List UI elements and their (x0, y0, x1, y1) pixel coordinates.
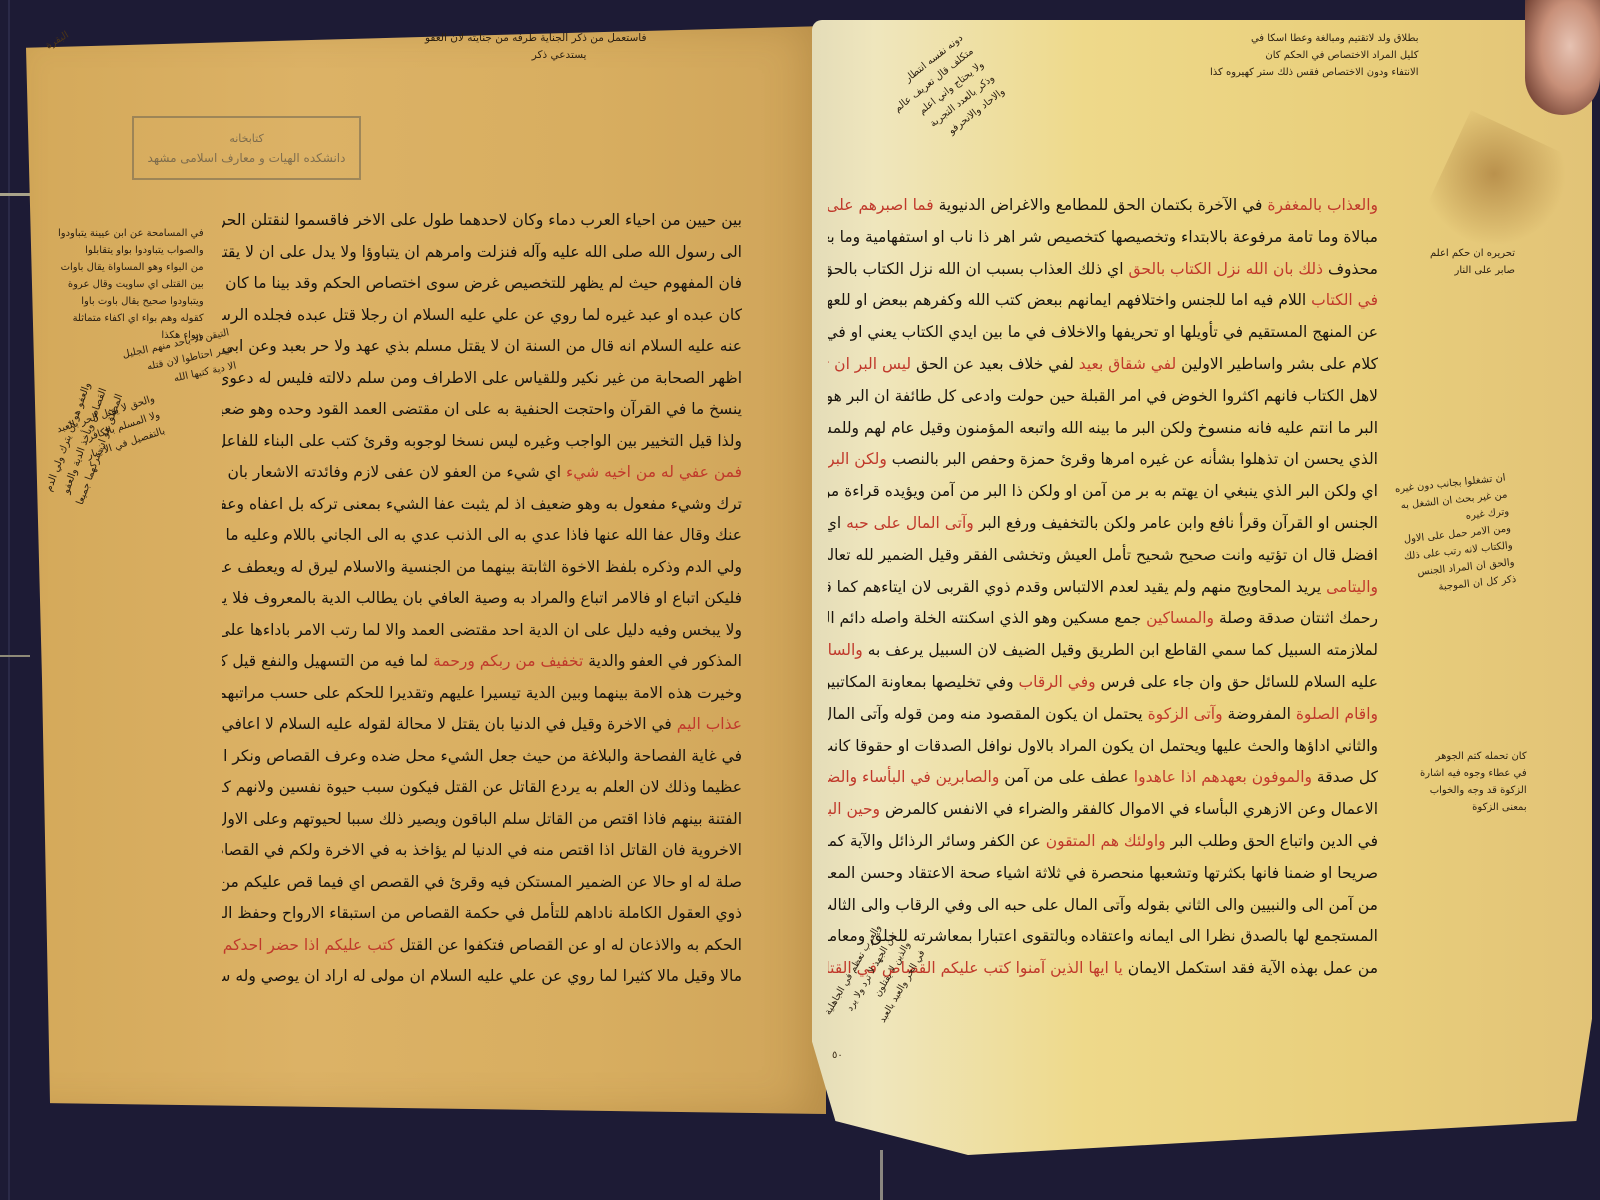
body-text: مالا وقيل مالا كثيرا لما روي عن علي عليه… (222, 967, 742, 985)
text-line: كل صدقة والموفون بعهدهم اذا عاهدوا عطف ع… (828, 762, 1378, 794)
text-line: عن المنهج المستقيم في تأويلها او تحريفها… (828, 317, 1378, 349)
body-text: في الاخرة وقيل في الدنيا بان يقتل لا محا… (222, 715, 677, 733)
body-text: والثاني اداؤها والحث عليها ويحتمل ان يكو… (828, 737, 1378, 755)
text-line: عليه السلام للسائل حق وان جاء على فرس وف… (828, 667, 1378, 699)
text-line: فليكن اتباع او فالامر اتباع والمراد به و… (222, 583, 742, 615)
body-text: لملازمته السبيل كما سمي القاطع ابن الطري… (863, 641, 1378, 659)
text-line: كان عبده او عبد غيره لما روي عن علي عليه… (222, 300, 742, 332)
note-line: بين القتلى اي ساويت وقال عروة (58, 276, 204, 293)
rubric-text: لفي شقاق بعيد (1079, 355, 1177, 373)
body-text: فليكن اتباع او فالامر اتباع والمراد به و… (222, 589, 742, 607)
body-text: صريحا او ضمنا فانها بكثرتها وتشعبها منحص… (828, 864, 1378, 882)
text-line: فمن عفي له من اخيه شيء اي شيء من العفو ل… (222, 457, 742, 489)
body-text: ذوي العقول الكاملة ناداهم للتأمل في حكمة… (222, 904, 742, 922)
page-number: ٥٠ (832, 1050, 843, 1061)
text-line: الاعمال وعن الازهري البأساء في الاموال ك… (828, 794, 1378, 826)
body-text: اي ولكن البر الذي ينبغي ان يهتم به بر من… (828, 482, 1378, 500)
note-line: تحريره ان حكم اعلم (1430, 245, 1515, 262)
rubric-text: فما اصبرهم على النار (828, 196, 934, 214)
body-text: ترك وشيء مفعول به وهو ضعيف اذ لم يثبت عف… (222, 495, 742, 513)
holding-finger (1525, 0, 1600, 115)
text-line: صلة له او حالا عن الضمير المستكن فيه وقر… (222, 867, 742, 899)
note-line: في عطاء وجوه فيه اشارة (1420, 765, 1527, 782)
note-line: كقوله وهم بواء اي اكفاء متماثلة (58, 310, 204, 327)
note-line: فاستعمل من ذكر الجناية طرفه من جنايته لا… (425, 30, 646, 47)
text-line: ترك وشيء مفعول به وهو ضعيف اذ لم يثبت عف… (222, 489, 742, 521)
background-grid-line (0, 193, 30, 196)
text-line: في الكتاب اللام فيه اما للجنس واختلافهم … (828, 285, 1378, 317)
text-line: فان المفهوم حيث لم يظهر للتخصيص غرض سوى … (222, 268, 742, 300)
body-text: البر ما انتم عليه فانه منسوخ ولكن البر م… (828, 419, 1378, 437)
body-text: بين حيين من احياء العرب دماء وكان لاحدهم… (222, 211, 742, 229)
text-line: والعذاب بالمغفرة في الآخرة بكتمان الحق ل… (828, 190, 1378, 222)
body-text: عن المنهج المستقيم في تأويلها او تحريفها… (828, 323, 1378, 341)
body-text: عنه عليه السلام انه قال من السنة ان لا ي… (222, 337, 742, 355)
note-line: كليل المراد الاختصاص في الحكم كان (1210, 47, 1418, 64)
rubric-text: والموفون بعهدهم اذا عاهدوا (1134, 768, 1312, 786)
body-text: صلة له او حالا عن الضمير المستكن فيه وقر… (222, 873, 742, 891)
rubric-text: فمن عفي له من اخيه شيء (566, 463, 742, 481)
rubric-text: وآتى المال على حبه (846, 514, 974, 532)
rubric-text: عذاب اليم (677, 715, 742, 733)
body-text: ولا يبخس وفيه دليل على ان الدية احد مقتض… (222, 621, 742, 639)
body-text: من عمل بهذه الآية فقد استكمل الايمان (1123, 959, 1378, 977)
text-line: ولي الدم وذكره بلفظ الاخوة الثابتة بينهم… (222, 552, 742, 584)
body-text: المذكور في العفو والدية (583, 652, 742, 670)
rubric-text: والصابرين في البأساء والضراء (828, 768, 999, 786)
note-line: صابر على النار (1430, 262, 1515, 279)
body-text: وفي تخليصها بمعاونة المكاتبين او فك الاس… (828, 673, 1019, 691)
left-page-body-text: بين حيين من احياء العرب دماء وكان لاحدهم… (222, 205, 742, 993)
body-text: عطف على من آمن (999, 768, 1133, 786)
text-line: ولذا قيل التخيير بين الواجب وغيره ليس نس… (222, 426, 742, 458)
text-line: الجنس او القرآن وقرأ نافع وابن عامر ولكن… (828, 508, 1378, 540)
text-line: افضل قال ان تؤتيه وانت صحيح شحيح تأمل ال… (828, 540, 1378, 572)
body-text: محذوف (1323, 260, 1378, 278)
stamp-line-2: دانشکده الهیات و معارف اسلامی مشهد (148, 151, 346, 165)
text-line: عنه عليه السلام انه قال من السنة ان لا ي… (222, 331, 742, 363)
text-line: عذاب اليم في الاخرة وقيل في الدنيا بان ي… (222, 709, 742, 741)
rubric-text: واولئك هم المتقون (1046, 832, 1166, 850)
text-line: ذوي العقول الكاملة ناداهم للتأمل في حكمة… (222, 898, 742, 930)
note-line: ويتباودوا صحيح يقال باوت باوا (58, 293, 204, 310)
text-line: لاهل الكتاب فانهم اكثروا الخوض في امر ال… (828, 381, 1378, 413)
note-line: بمعنى الزكوة (1420, 799, 1527, 816)
rubric-text: واليتامى (1326, 578, 1378, 596)
text-line: ينسخ ما في القرآن واحتجت الحنفية به على … (222, 394, 742, 426)
body-text: رحمك اثنتان صدقة وصلة (1214, 609, 1378, 627)
text-line: الى رسول الله صلى الله عليه وآله فنزلت و… (222, 237, 742, 269)
body-text: المفروضة (1223, 705, 1296, 723)
body-text: المستجمع لها بالصدق نظرا الى ايمانه واعت… (828, 927, 1378, 945)
text-line: صريحا او ضمنا فانها بكثرتها وتشعبها منحص… (828, 858, 1378, 890)
right-top-note: بطلاق ولد لاتقتيم ومبالغة وعطا اسكا فيكل… (1210, 30, 1418, 81)
body-text: الذي يحسن ان تذهلوا بشأنه عن غيره امرها … (887, 450, 1378, 468)
text-line: مبالاة وما تامة مرفوعة بالابتداء وتخصيصه… (828, 222, 1378, 254)
text-line: الاخروية فان القاتل اذا اقتص منه في الدن… (222, 835, 742, 867)
right-margin-note-2: ان تشغلوا بجانب دون غيرهمن غير بحث ان ال… (1394, 470, 1517, 600)
body-text: لما فيه من التسهيل والنفع قيل كتب على ال… (222, 652, 433, 670)
body-text: افضل قال ان تؤتيه وانت صحيح شحيح تأمل ال… (828, 546, 1378, 564)
right-page-body-text: والعذاب بالمغفرة في الآخرة بكتمان الحق ل… (828, 190, 1378, 985)
text-line: وخيرت هذه الامة بينهما وبين الدية تيسيرا… (222, 678, 742, 710)
rubric-text: ذلك بان الله نزل الكتاب بالحق (1128, 260, 1323, 278)
note-line: الانتفاء ودون الاختصاص فقس ذلك ستر كهيرو… (1210, 64, 1418, 81)
body-text: ولي الدم وذكره بلفظ الاخوة الثابتة بينهم… (222, 558, 742, 576)
text-line: مالا وقيل مالا كثيرا لما روي عن علي عليه… (222, 961, 742, 993)
text-line: عنك وقال عفا الله عنها فاذا عدي به الى ا… (222, 520, 742, 552)
rubric-text: في الكتاب (1311, 291, 1378, 309)
note-line: من البواء وهو المساواة يقال باوات (58, 259, 204, 276)
text-line: اظهر الصحابة من غير نكير وللقياس على الا… (222, 363, 742, 395)
text-line: واليتامى يريد المحاويج منهم ولم يقيد لعد… (828, 572, 1378, 604)
text-line: الحكم به والاذعان له او عن القصاص فتكفوا… (222, 930, 742, 962)
body-text: كان عبده او عبد غيره لما روي عن علي عليه… (222, 306, 742, 324)
left-top-note: فاستعمل من ذكر الجناية طرفه من جنايته لا… (425, 30, 646, 64)
text-line: في الدين واتباع الحق وطلب البر واولئك هم… (828, 826, 1378, 858)
text-line: الذي يحسن ان تذهلوا بشأنه عن غيره امرها … (828, 444, 1378, 476)
body-text: كل صدقة (1312, 768, 1378, 786)
left-margin-note-1: في المسامحة عن ابن عيينة يتباودواوالصواب… (58, 225, 204, 344)
body-text: من آمن الى والنبيين والى الثاني بقوله وآ… (828, 896, 1378, 914)
text-line: بين حيين من احياء العرب دماء وكان لاحدهم… (222, 205, 742, 237)
body-text: عظيما وذلك لان العلم به يردع القاتل عن ا… (222, 778, 742, 796)
text-line: واقام الصلوة المفروضة وآتى الزكوة يحتمل … (828, 699, 1378, 731)
text-line: البر ما انتم عليه فانه منسوخ ولكن البر م… (828, 413, 1378, 445)
rubric-text: والمساكين (1146, 609, 1214, 627)
rubric-text: وآتى الزكوة (1148, 705, 1223, 723)
body-text: في الدين واتباع الحق وطلب البر (1166, 832, 1378, 850)
body-text: لفي خلاف بعيد عن الحق (911, 355, 1079, 373)
body-text: جمع مسكين وهو الذي اسكنته الخلة واصله دا… (828, 609, 1146, 627)
body-text: الى رسول الله صلى الله عليه وآله فنزلت و… (222, 243, 742, 261)
text-line: لملازمته السبيل كما سمي القاطع ابن الطري… (828, 635, 1378, 667)
body-text: عليه السلام للسائل حق وان جاء على فرس (1096, 673, 1378, 691)
note-line: بطلاق ولد لاتقتيم ومبالغة وعطا اسكا في (1210, 30, 1418, 47)
body-text: الاخروية فان القاتل اذا اقتص منه في الدن… (222, 841, 742, 859)
note-line: والصواب يتباودوا بواو يتقابلوا (58, 242, 204, 259)
note-line: في المسامحة عن ابن عيينة يتباودوا (58, 225, 204, 242)
body-text: كلام على بشر واساطير الاولين (1176, 355, 1378, 373)
rubric-text: والعذاب بالمغفرة (1267, 196, 1378, 214)
body-text: في الآخرة بكتمان الحق للمطامع والاغراض ا… (934, 196, 1268, 214)
text-line: من آمن الى والنبيين والى الثاني بقوله وآ… (828, 890, 1378, 922)
body-text: يحتمل ان يكون المقصود منه ومن قوله وآتى … (828, 705, 1148, 723)
text-line: رحمك اثنتان صدقة وصلة والمساكين جمع مسكي… (828, 603, 1378, 635)
library-stamp: کتابخانه دانشکده الهیات و معارف اسلامی م… (132, 116, 361, 180)
rubric-text: ليس البر ان تولوا وجوهكم قبل المشرق والم… (828, 355, 911, 373)
text-line: ولا يبخس وفيه دليل على ان الدية احد مقتض… (222, 615, 742, 647)
background-grid-line (880, 1150, 883, 1200)
body-text: مبالاة وما تامة مرفوعة بالابتداء وتخصيصه… (828, 228, 1378, 246)
body-text: لاهل الكتاب فانهم اكثروا الخوض في امر ال… (828, 387, 1378, 405)
body-text: اي على حب المال كما قال عليه السلام لما … (828, 514, 846, 532)
note-line: يستدعي ذكر (425, 47, 646, 64)
body-text: فان المفهوم حيث لم يظهر للتخصيص غرض سوى … (222, 274, 742, 292)
body-text: عن الكفر وسائر الرذائل والآية كما ترى جا… (828, 832, 1046, 850)
body-text: اللام فيه اما للجنس واختلافهم ايمانهم بب… (828, 291, 1311, 309)
rubric-text: تخفيف من ربكم ورحمة (433, 652, 583, 670)
body-text: ولذا قيل التخيير بين الواجب وغيره ليس نس… (222, 432, 742, 450)
background-grid-line (0, 655, 30, 657)
text-line: كلام على بشر واساطير الاولين لفي شقاق بع… (828, 349, 1378, 381)
text-line: في غاية الفصاحة والبلاغة من حيث جعل الشي… (222, 741, 742, 773)
body-text: عنك وقال عفا الله عنها فاذا عدي به الى ا… (222, 526, 742, 544)
text-line: عظيما وذلك لان العلم به يردع القاتل عن ا… (222, 772, 742, 804)
text-line: المذكور في العفو والدية تخفيف من ربكم ور… (222, 646, 742, 678)
text-line: اي ولكن البر الذي ينبغي ان يهتم به بر من… (828, 476, 1378, 508)
text-line: محذوف ذلك بان الله نزل الكتاب بالحق اي ذ… (828, 254, 1378, 286)
body-text: اظهر الصحابة من غير نكير وللقياس على الا… (222, 369, 742, 387)
right-margin-note-3: كان تحمله كتم الجوهرفي عطاء وجوه فيه اشا… (1420, 748, 1527, 816)
note-line: كان تحمله كتم الجوهر (1420, 748, 1527, 765)
rubric-text: وفي الرقاب (1019, 673, 1096, 691)
background-shadow-line (8, 0, 10, 1200)
stamp-line-1: کتابخانه (229, 132, 263, 145)
body-text: اي ذلك العذاب بسبب ان الله نزل الكتاب با… (828, 260, 1128, 278)
rubric-text: وحين البأس (828, 800, 880, 818)
body-text: في غاية الفصاحة والبلاغة من حيث جعل الشي… (222, 747, 742, 765)
rubric-text: والسائلين (828, 641, 863, 659)
rubric-text: واقام الصلوة (1296, 705, 1378, 723)
body-text: يريد المحاويج منهم ولم يقيد لعدم الالتبا… (828, 578, 1326, 596)
text-line: والثاني اداؤها والحث عليها ويحتمل ان يكو… (828, 731, 1378, 763)
rubric-text: ولكن البر من آمن بالله واليوم الاخر والم… (828, 450, 887, 468)
body-text: اي شيء من العفو لان عفى لازم وفائدته الا… (222, 463, 566, 481)
body-text: وخيرت هذه الامة بينهما وبين الدية تيسيرا… (222, 684, 742, 702)
body-text: ينسخ ما في القرآن واحتجت الحنفية به على … (222, 400, 742, 418)
rubric-text: كتب عليكم اذا حضر احدكم الموت (222, 936, 395, 954)
text-line: الفتنة بينهم فاذا اقتص من القاتل سلم الب… (222, 804, 742, 836)
body-text: الاعمال وعن الازهري البأساء في الاموال ك… (880, 800, 1378, 818)
body-text: الحكم به والاذعان له او عن القصاص فتكفوا… (395, 936, 742, 954)
note-line: الزكوة قد وجه والخواب (1420, 782, 1527, 799)
body-text: الفتنة بينهم فاذا اقتص من القاتل سلم الب… (222, 810, 742, 828)
body-text: الجنس او القرآن وقرأ نافع وابن عامر ولكن… (974, 514, 1378, 532)
right-margin-note-1: تحريره ان حكم اعلمصابر على النار (1430, 245, 1515, 279)
